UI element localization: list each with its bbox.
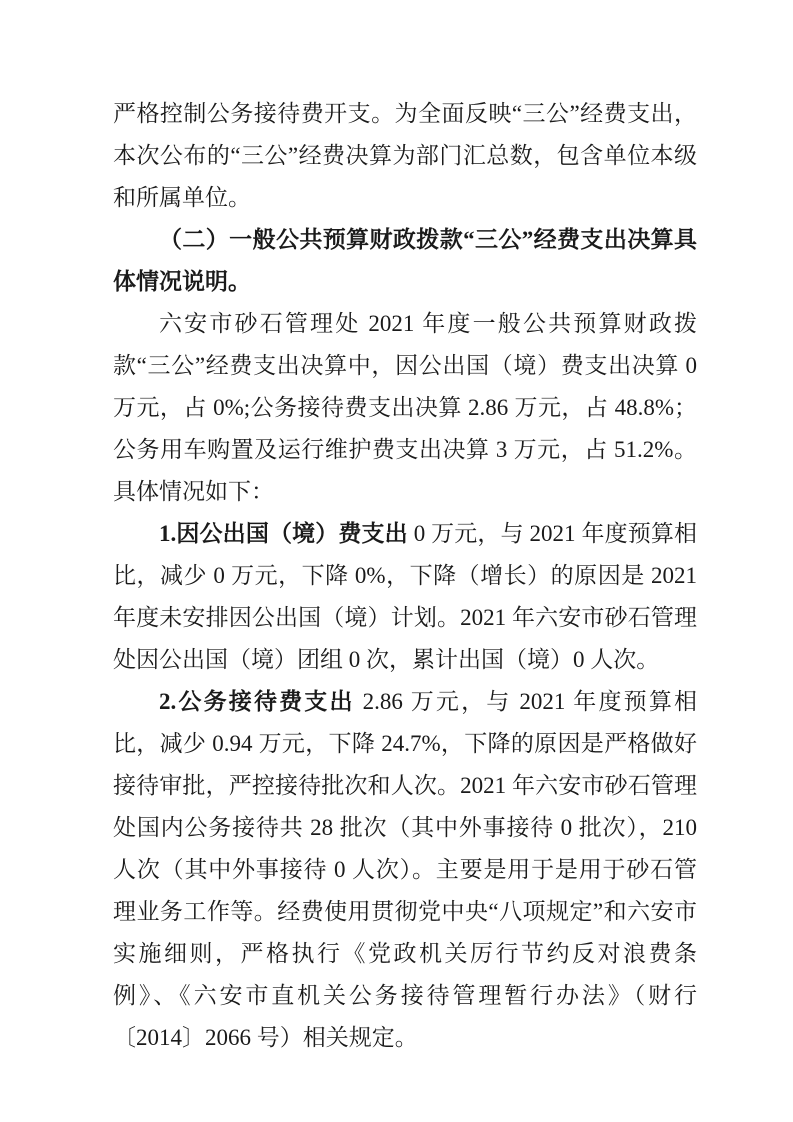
- paragraph-overview: 六安市砂石管理处 2021 年度一般公共预算财政拨款“三公”经费支出决算中，因公…: [113, 303, 697, 513]
- section-heading: （二）一般公共预算财政拨款“三公”经费支出决算具体情况说明。: [113, 219, 697, 303]
- document-page: 严格控制公务接待费开支。为全面反映“三公”经费支出，本次公布的“三公”经费决算为…: [0, 0, 793, 1122]
- item-2-lead-bold: 2.公务接待费支出: [159, 689, 355, 714]
- item-1-lead-bold: 1.因公出国（境）费支出: [159, 521, 408, 546]
- paragraph-item-1: 1.因公出国（境）费支出 0 万元，与 2021 年度预算相比，减少 0 万元，…: [113, 513, 697, 681]
- paragraph-continuation: 严格控制公务接待费开支。为全面反映“三公”经费支出，本次公布的“三公”经费决算为…: [113, 93, 697, 219]
- paragraph-item-2: 2.公务接待费支出 2.86 万元，与 2021 年度预算相比，减少 0.94 …: [113, 681, 697, 1059]
- document-body: 严格控制公务接待费开支。为全面反映“三公”经费支出，本次公布的“三公”经费决算为…: [113, 93, 697, 1059]
- item-2-body-text: 2.86 万元，与 2021 年度预算相比，减少 0.94 万元，下降 24.7…: [113, 689, 697, 1050]
